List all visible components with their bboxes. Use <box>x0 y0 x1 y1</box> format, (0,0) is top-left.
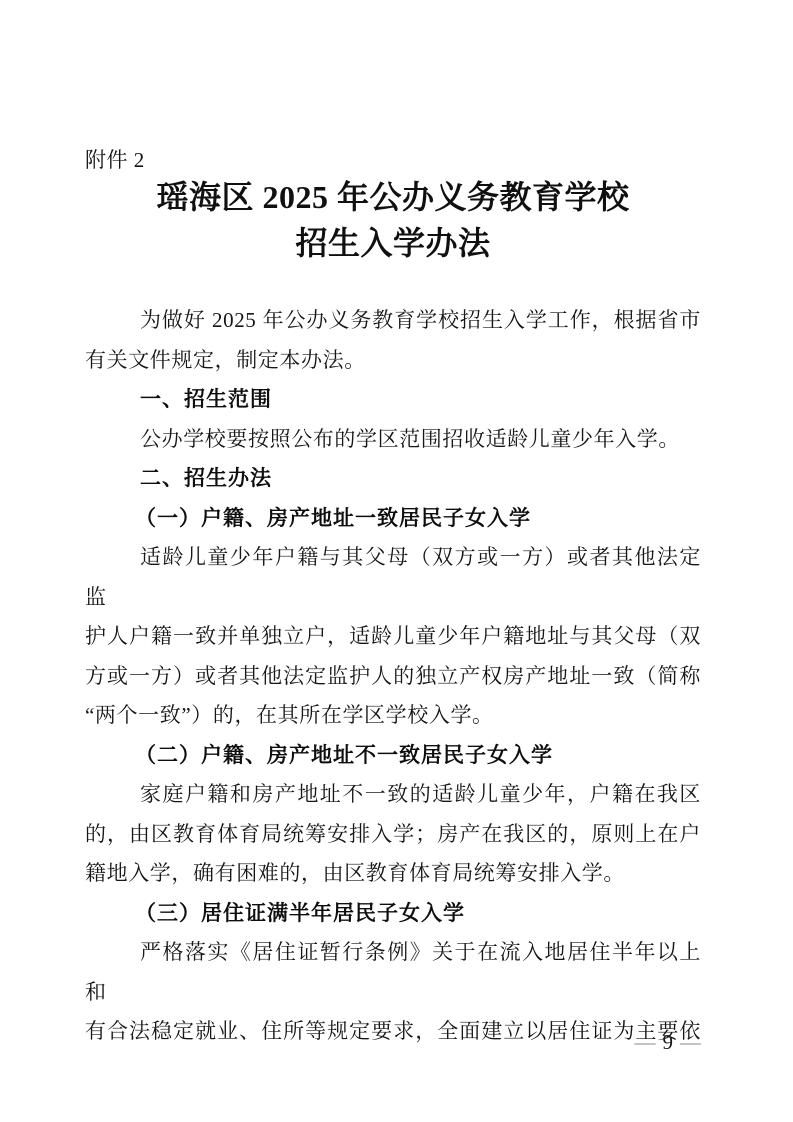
body-line: “两个一致”）的，在其所在学区学校入学。 <box>85 696 701 736</box>
attachment-label: 附件 2 <box>85 146 701 174</box>
footer-dash-right: — <box>680 1030 701 1054</box>
body-line: 一、招生范围 <box>85 380 701 420</box>
body-line: 适龄儿童少年户籍与其父母（双方或一方）或者其他法定监 <box>85 538 701 617</box>
body-line: 籍地入学，确有困难的，由区教育体育局统筹安排入学。 <box>85 854 701 894</box>
page-number: 9 <box>663 1030 674 1054</box>
body-line: 方或一方）或者其他法定监护人的独立产权房产地址一致（简称 <box>85 657 701 697</box>
footer-dash-left: — <box>635 1030 656 1054</box>
body-line: （一）户籍、房产地址一致居民子女入学 <box>85 499 701 539</box>
body-line: 严格落实《居住证暂行条例》关于在流入地居住半年以上和 <box>85 933 701 1012</box>
body-line: 的，由区教育体育局统筹安排入学；房产在我区的，原则上在户 <box>85 815 701 855</box>
body-line: （二）户籍、房产地址不一致居民子女入学 <box>85 736 701 776</box>
title-line-2: 招生入学办法 <box>85 220 701 266</box>
body-line: 有合法稳定就业、住所等规定要求，全面建立以居住证为主要依 <box>85 1012 701 1052</box>
document-content: 附件 2 瑶海区 2025 年公办义务教育学校 招生入学办法 为做好 2025 … <box>85 0 701 1052</box>
body-line: 二、招生办法 <box>85 459 701 499</box>
body-line: （三）居住证满半年居民子女入学 <box>85 894 701 934</box>
document-title: 瑶海区 2025 年公办义务教育学校 招生入学办法 <box>85 174 701 266</box>
body-line: 为做好 2025 年公办义务教育学校招生入学工作，根据省市 <box>85 301 701 341</box>
document-body: 为做好 2025 年公办义务教育学校招生入学工作，根据省市有关文件规定，制定本办… <box>85 301 701 1052</box>
page-footer: —9— <box>635 1028 702 1056</box>
body-line: 家庭户籍和房产地址不一致的适龄儿童少年，户籍在我区 <box>85 775 701 815</box>
document-page: 附件 2 瑶海区 2025 年公办义务教育学校 招生入学办法 为做好 2025 … <box>0 0 793 1122</box>
body-line: 公办学校要按照公布的学区范围招收适龄儿童少年入学。 <box>85 420 701 460</box>
title-line-1: 瑶海区 2025 年公办义务教育学校 <box>85 174 701 220</box>
body-line: 有关文件规定，制定本办法。 <box>85 341 701 381</box>
body-line: 护人户籍一致并单独立户，适龄儿童少年户籍地址与其父母（双 <box>85 617 701 657</box>
